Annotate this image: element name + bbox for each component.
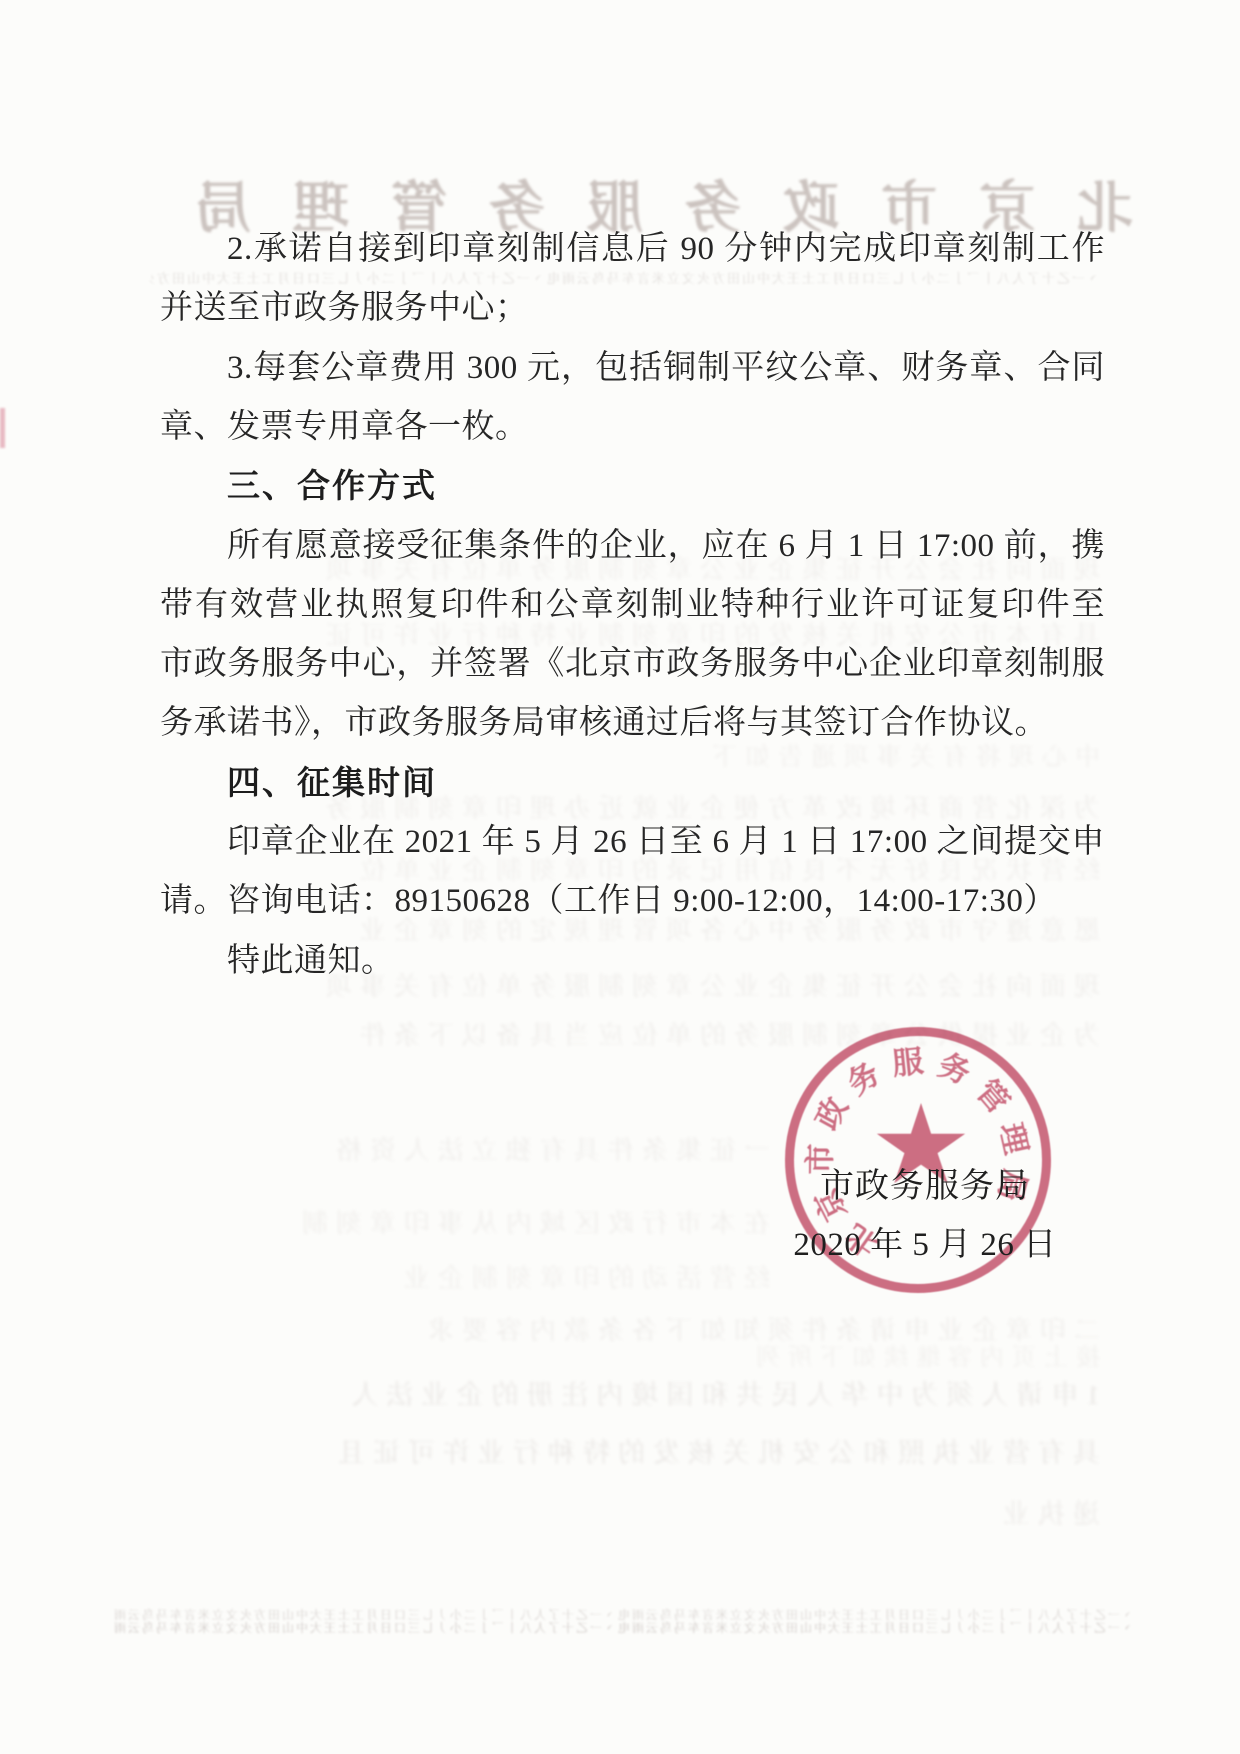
seal-arc-character: 服 xyxy=(891,1046,925,1080)
signing-organization: 市政务服务局 xyxy=(770,1166,1080,1208)
text-line: 请。咨询电话：89150628（工作日 9:00-12:00，14:00-17:… xyxy=(160,880,1105,922)
text-line: 并送至市政务服务中心； xyxy=(160,287,1105,329)
seal-arc-character: 理 xyxy=(995,1120,1032,1157)
text-line: 章、发票专用章各一枚。 xyxy=(160,406,1105,448)
text-line: 带有效营业执照复印件和公章刻制业特种行业许可证复印件至 xyxy=(160,584,1105,626)
scanned-document-page: 北京市政务服务管理局 丶一乙十了人八丨乛亅二小丿乚三口日月工土王大中山田方火文立… xyxy=(0,0,1240,1754)
section-heading: 四、征集时间 xyxy=(160,762,1105,804)
document-body: 2.承诺自接到印章刻制信息后 90 分钟内完成印章刻制工作并送至市政务服务中心；… xyxy=(0,0,1240,1754)
text-line: 市政务服务中心，并签署《北京市政务服务中心企业印章刻制服 xyxy=(160,643,1105,685)
text-line: 印章企业在 2021 年 5 月 26 日至 6 月 1 日 17:00 之间提… xyxy=(160,821,1105,863)
signature-block: 市政务服务局 2020 年 5 月 26 日 xyxy=(770,1166,1080,1266)
text-line: 2.承诺自接到印章刻制信息后 90 分钟内完成印章刻制工作 xyxy=(160,228,1105,270)
text-line: 务承诺书》，市政务服务局审核通过后将与其签订合作协议。 xyxy=(160,702,1105,744)
text-line: 所有愿意接受征集条件的企业，应在 6 月 1 日 17:00 前，携 xyxy=(160,525,1105,567)
signature-date: 2020 年 5 月 26 日 xyxy=(770,1224,1080,1266)
text-line: 特此通知。 xyxy=(160,940,1105,982)
text-line: 3.每套公章费用 300 元，包括铜制平纹公章、财务章、合同 xyxy=(160,347,1105,389)
section-heading: 三、合作方式 xyxy=(160,465,1105,507)
